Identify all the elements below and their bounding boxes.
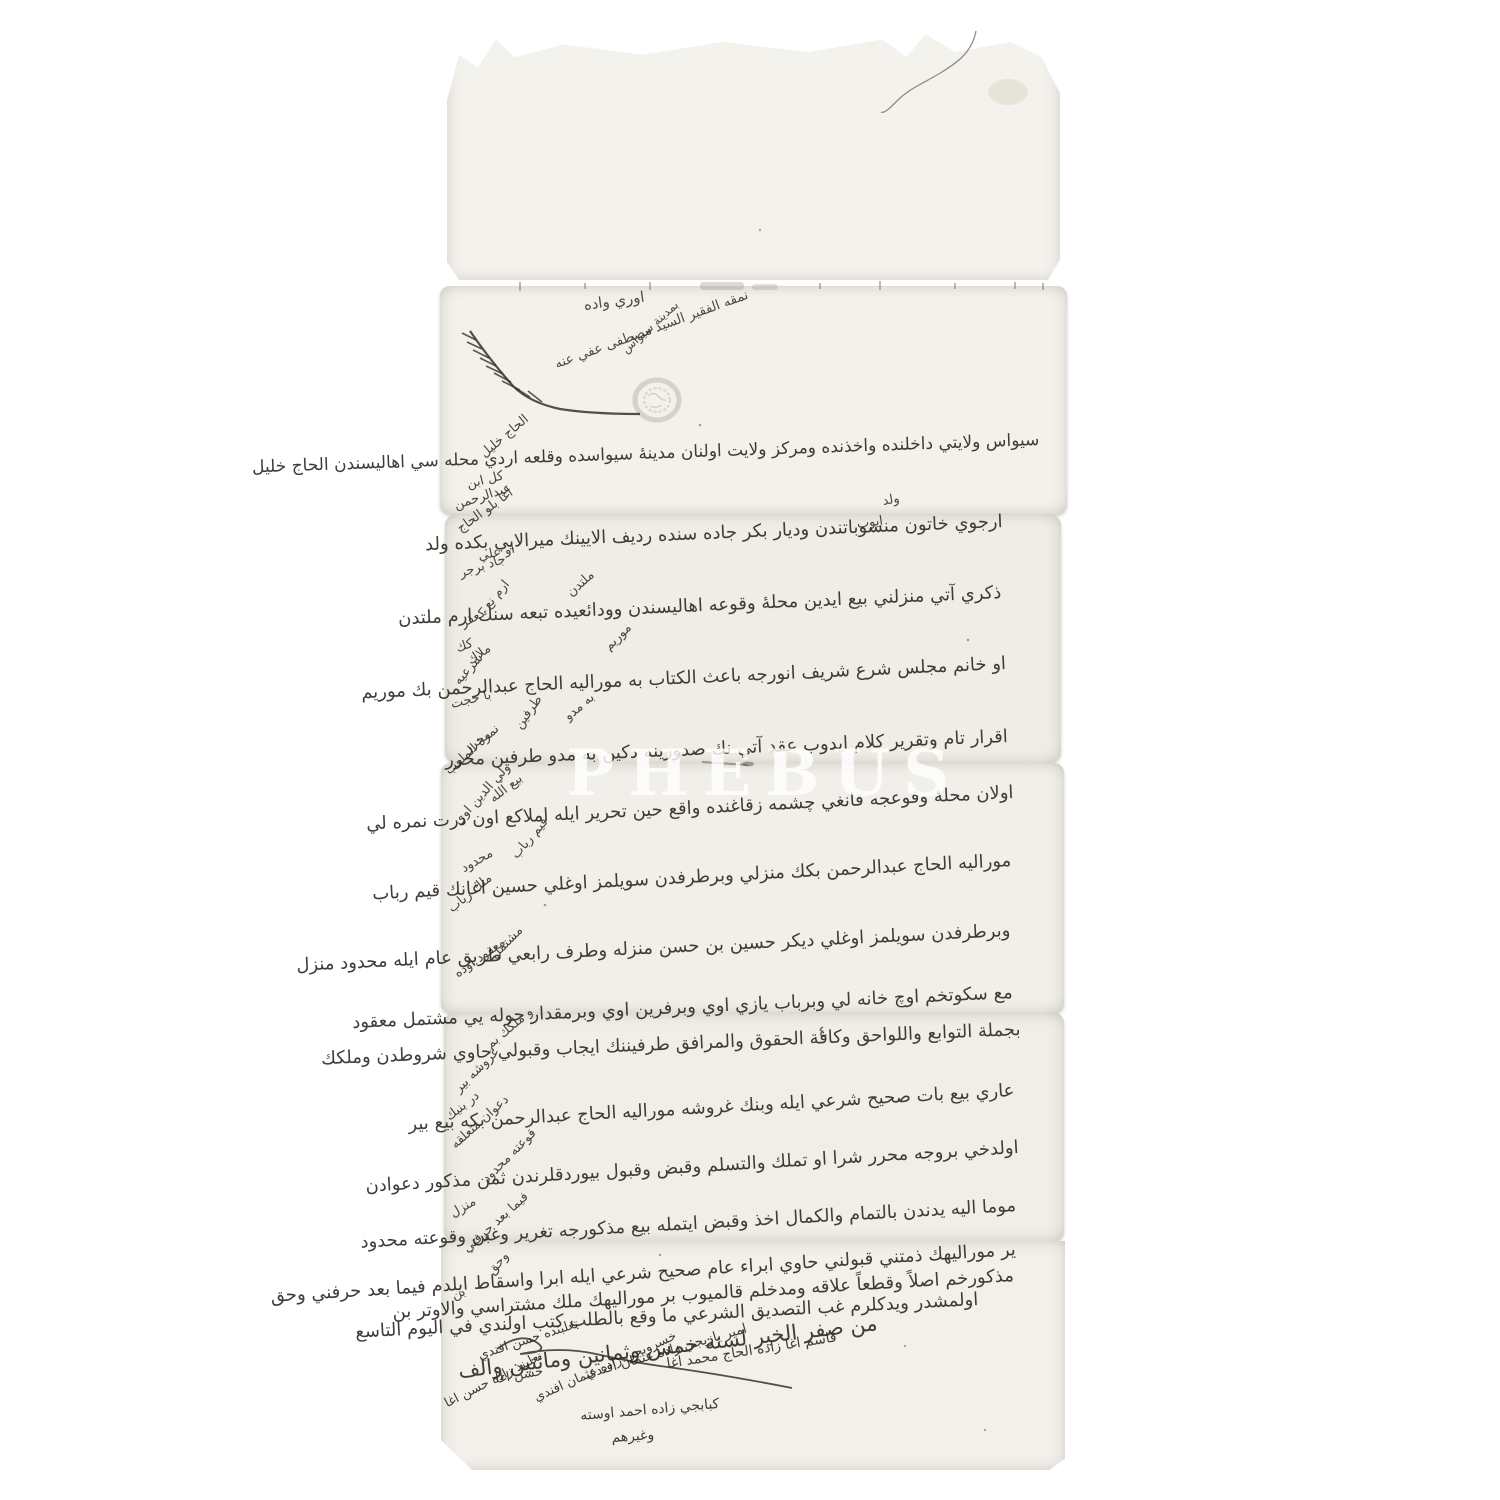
photograph-canvas: اوري واده بمدينة سيواس نمقه الفقير السيد…: [0, 0, 1500, 1500]
seal-stamp: [635, 380, 679, 420]
crease-stitch-marks: [520, 281, 1043, 291]
phebus-watermark: PHEBUS: [566, 736, 964, 811]
stain-spot: [988, 79, 1028, 105]
witness-signature: وغيرهم: [611, 1427, 655, 1446]
top-right-crack: [881, 31, 976, 112]
margin-word: ولد: [881, 491, 900, 509]
